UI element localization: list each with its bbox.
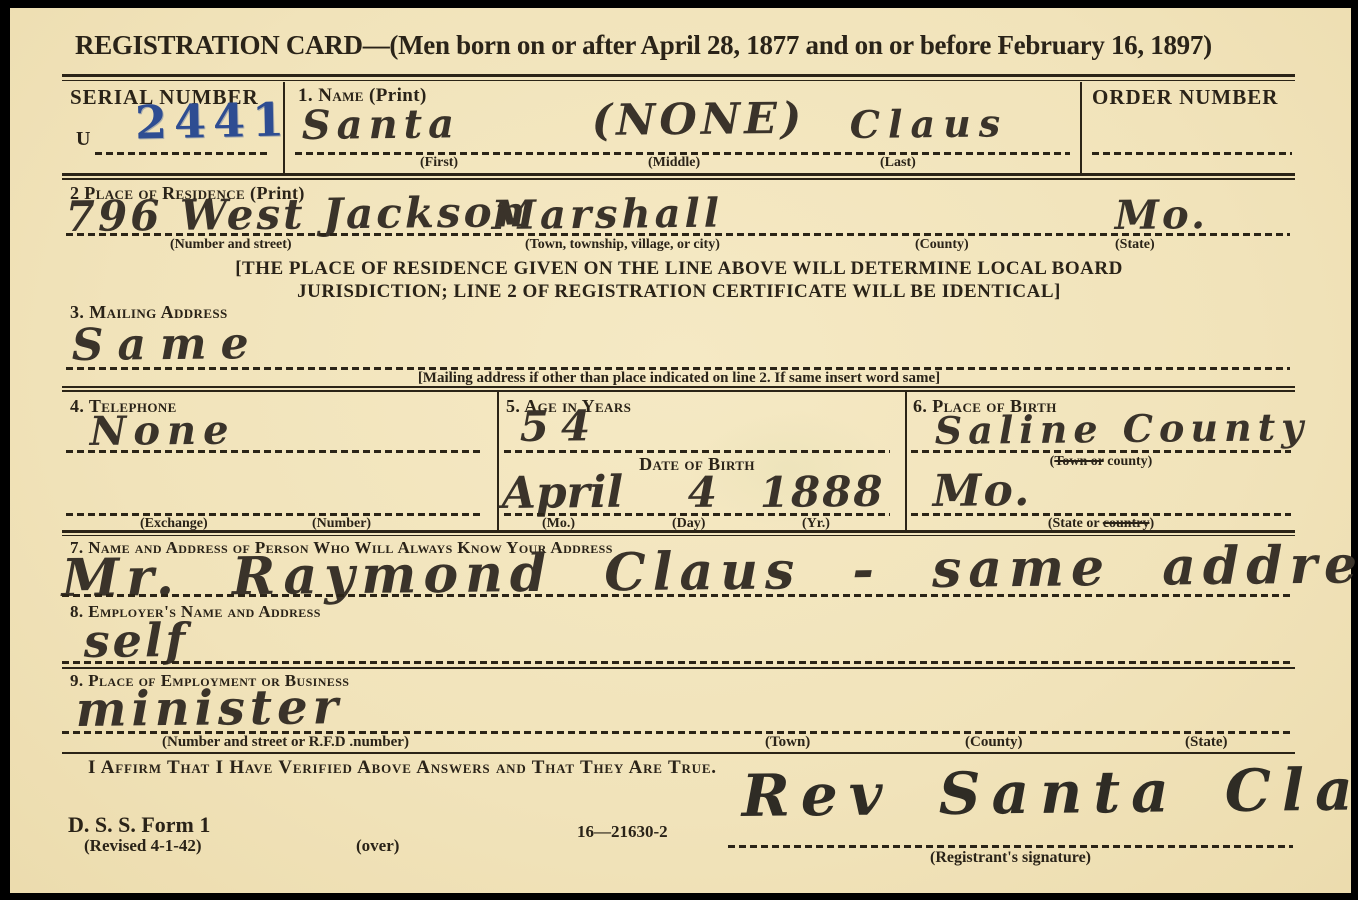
affirmation-statement: I Affirm That I Have Verified Above Answ… (88, 757, 717, 779)
over-note: (over) (356, 836, 399, 856)
order-number-label: ORDER NUMBER (1092, 85, 1278, 110)
birthplace-town-caption-struck: Town or (1054, 454, 1103, 469)
title-rule-thin (62, 80, 1295, 81)
row3-bottom-rule-thin (62, 390, 1295, 392)
age-value: 54 (519, 401, 602, 451)
dob-day-value: 4 (687, 468, 717, 517)
serial-writein-line (95, 152, 271, 155)
serial-number-stamp: 2441 (134, 92, 291, 149)
form-number: D. S. S. Form 1 (68, 812, 210, 838)
jurisdiction-note-line1: [THE PLACE OF RESIDENCE GIVEN ON THE LIN… (65, 258, 1293, 280)
row1-divider-right (1080, 82, 1082, 173)
employer-line (62, 661, 1290, 664)
birthplace-state-value: Mo. (932, 465, 1031, 517)
row8-bottom-rule (62, 667, 1295, 669)
telephone-value: None (90, 406, 236, 455)
name-last-value: Claus (850, 100, 1009, 147)
employment-caption-town: (Town) (765, 734, 810, 751)
residence-writein-line (66, 233, 1290, 236)
dob-year-value: 1888 (759, 467, 884, 517)
name-caption-middle: (Middle) (648, 155, 700, 171)
name-first-value: Santa (302, 100, 461, 149)
residence-town-value: Marshall (492, 190, 724, 239)
signature-caption: (Registrant's signature) (728, 849, 1293, 867)
title-rule-thick (62, 74, 1295, 77)
birthplace-town-value: Saline County (935, 404, 1310, 453)
employment-caption-street: (Number and street or R.F.D .number) (162, 734, 409, 751)
row3-bottom-rule-thick (62, 386, 1295, 388)
mailing-value: Same (71, 318, 262, 371)
row4-bottom-rule-thick (62, 530, 1295, 533)
jurisdiction-note-line2: JURISDICTION; LINE 2 OF REGISTRATION CER… (65, 281, 1293, 303)
employment-caption-county: (County) (965, 734, 1023, 751)
age-line (504, 450, 890, 453)
card-title: REGISTRATION CARD—(Men born on or after … (75, 30, 1212, 61)
row4-bottom-rule-thin (62, 535, 1295, 536)
birthplace-state-caption-struck: country (1103, 516, 1150, 531)
row1-bottom-rule-thick (62, 173, 1295, 176)
residence-state-value: Mo. (1115, 191, 1209, 239)
order-writein-line (1092, 152, 1292, 155)
row9-bottom-rule (62, 752, 1295, 754)
residence-caption-street: (Number and street) (170, 237, 292, 253)
name-caption-first: (First) (420, 155, 458, 171)
row4-divider-left (497, 392, 499, 530)
card-title-paren: (Men born on or after April 28, 1877 and… (389, 30, 1211, 60)
employer-value: self (83, 613, 188, 668)
mailing-caption: [Mailing address if other than place ind… (65, 370, 1293, 387)
residence-caption-state: (State) (1115, 237, 1155, 253)
employment-caption-state: (State) (1185, 734, 1227, 751)
birthplace-town-line (911, 450, 1291, 453)
row4-divider-right (905, 392, 907, 530)
employment-value: minister (75, 679, 343, 738)
telephone-line2 (66, 513, 482, 516)
name-middle-value: (NONE) (591, 94, 805, 146)
row1-bottom-rule-thin (62, 178, 1295, 180)
signature-line (728, 845, 1293, 848)
telephone-line1 (66, 450, 482, 453)
form-revision: (Revised 4-1-42) (84, 836, 202, 856)
registration-card-scan: REGISTRATION CARD—(Men born on or after … (0, 0, 1358, 900)
knows-address-line (62, 594, 1290, 597)
registrant-signature: Rev Santa Claus (741, 754, 1358, 830)
print-code: 16—21630-2 (577, 822, 668, 842)
name-caption-last: (Last) (880, 155, 916, 171)
card-title-main: REGISTRATION CARD— (75, 30, 389, 60)
residence-caption-town: (Town, township, village, or city) (525, 237, 720, 253)
dob-month-value: April (501, 467, 623, 519)
serial-prefix: U (76, 128, 90, 151)
residence-caption-county: (County) (915, 237, 969, 253)
